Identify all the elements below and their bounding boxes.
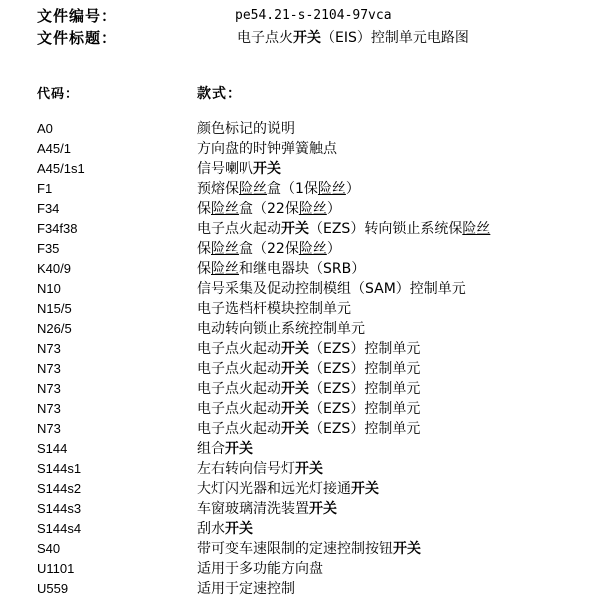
component-code: S144s4 bbox=[37, 519, 81, 539]
file-title-label: 文件标题： bbox=[37, 27, 117, 49]
component-code: F35 bbox=[37, 239, 59, 259]
component-code: S40 bbox=[37, 539, 60, 559]
list-item: A45/1方向盘的时钟弹簧触点 bbox=[37, 139, 601, 159]
component-description: 方向盘的时钟弹簧触点 bbox=[197, 139, 337, 159]
component-code: S144s2 bbox=[37, 479, 81, 499]
component-code: F34 bbox=[37, 199, 59, 219]
component-description: 带可变车速限制的定速控制按钮开关 bbox=[197, 539, 421, 559]
file-number-label: 文件编号： bbox=[37, 5, 117, 27]
component-description: 预熔保险丝盒（1保险丝） bbox=[197, 179, 360, 199]
list-item: S144s2大灯闪光器和远光灯接通开关 bbox=[37, 479, 601, 499]
component-description: 信号采集及促动控制模组（SAM）控制单元 bbox=[197, 279, 466, 299]
list-item: N26/5电动转向锁止系统控制单元 bbox=[37, 319, 601, 339]
file-title-value: 电子点火开关（EIS）控制单元电路图 bbox=[237, 27, 469, 49]
component-description: 电动转向锁止系统控制单元 bbox=[197, 319, 365, 339]
list-item: F1预熔保险丝盒（1保险丝） bbox=[37, 179, 601, 199]
code-column-header: 代码： bbox=[37, 83, 79, 105]
component-description: 车窗玻璃清洗装置开关 bbox=[197, 499, 337, 519]
component-code: N73 bbox=[37, 359, 61, 379]
component-description: 电子点火起动开关（EZS）控制单元 bbox=[197, 339, 420, 359]
list-item: S144s3车窗玻璃清洗装置开关 bbox=[37, 499, 601, 519]
component-code: S144s3 bbox=[37, 499, 81, 519]
list-item: S144组合开关 bbox=[37, 439, 601, 459]
component-code: N73 bbox=[37, 339, 61, 359]
component-description: 保险丝盒（22保险丝） bbox=[197, 239, 341, 259]
partially-visible-row bbox=[37, 599, 537, 603]
list-item: A45/1s1信号喇叭开关 bbox=[37, 159, 601, 179]
component-code: K40/9 bbox=[37, 259, 71, 279]
component-code: N15/5 bbox=[37, 299, 72, 319]
component-description: 信号喇叭开关 bbox=[197, 159, 281, 179]
list-item: N73电子点火起动开关（EZS）控制单元 bbox=[37, 399, 601, 419]
component-code: S144s1 bbox=[37, 459, 81, 479]
list-item: S144s4刮水开关 bbox=[37, 519, 601, 539]
component-description: 组合开关 bbox=[197, 439, 253, 459]
component-description: 电子点火起动开关（EZS）控制单元 bbox=[197, 359, 420, 379]
list-item: N73电子点火起动开关（EZS）控制单元 bbox=[37, 359, 601, 379]
component-code: F1 bbox=[37, 179, 52, 199]
file-number-value: pe54.21-s-2104-97vca bbox=[235, 5, 392, 27]
list-item: K40/9保险丝和继电器块（SRB） bbox=[37, 259, 601, 279]
list-item: F34保险丝盒（22保险丝） bbox=[37, 199, 601, 219]
component-description: 颜色标记的说明 bbox=[197, 119, 295, 139]
list-item: N15/5电子选档杆模块控制单元 bbox=[37, 299, 601, 319]
component-code: U1101 bbox=[37, 559, 74, 579]
component-description: 大灯闪光器和远光灯接通开关 bbox=[197, 479, 379, 499]
component-code: N73 bbox=[37, 399, 61, 419]
component-code: A45/1s1 bbox=[37, 159, 85, 179]
component-code: F34f38 bbox=[37, 219, 77, 239]
component-code: N73 bbox=[37, 379, 61, 399]
list-item: U559适用于定速控制 bbox=[37, 579, 601, 599]
list-item: F34f38电子点火起动开关（EZS）转向锁止系统保险丝 bbox=[37, 219, 601, 239]
list-item: F35保险丝盒（22保险丝） bbox=[37, 239, 601, 259]
component-description: 保险丝和继电器块（SRB） bbox=[197, 259, 365, 279]
component-description: 电子点火起动开关（EZS）控制单元 bbox=[197, 419, 420, 439]
list-item: S144s1左右转向信号灯开关 bbox=[37, 459, 601, 479]
component-code: A45/1 bbox=[37, 139, 71, 159]
component-description: 电子点火起动开关（EZS）控制单元 bbox=[197, 399, 420, 419]
component-code: A0 bbox=[37, 119, 53, 139]
component-description: 电子选档杆模块控制单元 bbox=[197, 299, 351, 319]
list-item: N73电子点火起动开关（EZS）控制单元 bbox=[37, 379, 601, 399]
component-code: N73 bbox=[37, 419, 61, 439]
component-description: 保险丝盒（22保险丝） bbox=[197, 199, 341, 219]
list-item: N73电子点火起动开关（EZS）控制单元 bbox=[37, 339, 601, 359]
list-item: U1101适用于多功能方向盘 bbox=[37, 559, 601, 579]
list-item: S40带可变车速限制的定速控制按钮开关 bbox=[37, 539, 601, 559]
component-description: 适用于多功能方向盘 bbox=[197, 559, 323, 579]
component-code: N26/5 bbox=[37, 319, 72, 339]
description-column-header: 款式： bbox=[197, 83, 242, 105]
list-item: N73电子点火起动开关（EZS）控制单元 bbox=[37, 419, 601, 439]
component-description: 左右转向信号灯开关 bbox=[197, 459, 323, 479]
component-code: N10 bbox=[37, 279, 61, 299]
list-item: A0颜色标记的说明 bbox=[37, 119, 601, 139]
component-description: 适用于定速控制 bbox=[197, 579, 295, 599]
column-headers: 代码： 款式： bbox=[37, 83, 597, 105]
list-item: N10信号采集及促动控制模组（SAM）控制单元 bbox=[37, 279, 601, 299]
component-description: 电子点火起动开关（EZS）转向锁止系统保险丝 bbox=[197, 219, 490, 239]
component-list: A0颜色标记的说明A45/1方向盘的时钟弹簧触点A45/1s1信号喇叭开关F1预… bbox=[37, 119, 601, 599]
component-code: S144 bbox=[37, 439, 67, 459]
component-description: 电子点火起动开关（EZS）控制单元 bbox=[197, 379, 420, 399]
component-code: U559 bbox=[37, 579, 68, 599]
component-description: 刮水开关 bbox=[197, 519, 253, 539]
